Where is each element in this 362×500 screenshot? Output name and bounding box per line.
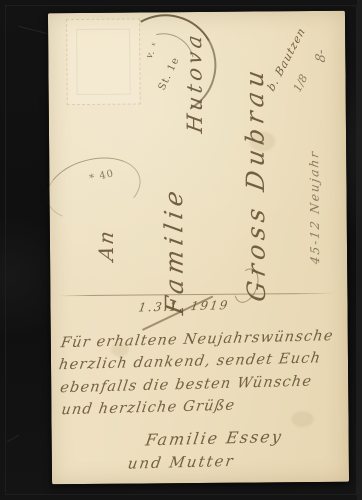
message-line: ebenfalls die besten Wünsche — [59, 374, 313, 397]
age-spot — [291, 411, 313, 427]
address-family-word: Familie — [159, 184, 189, 317]
pencil-price-note: 8- — [314, 48, 329, 63]
signature-line: und Mutter — [127, 452, 236, 473]
address-an: An — [94, 227, 118, 262]
photo-background: v. ˣ St. 1e * 40 Hutova An Familie Gross… — [0, 0, 362, 500]
postmark-circle-lower — [40, 148, 148, 230]
signature-line: Familie Essey — [144, 427, 284, 450]
date-line: 1.3.1. 1919 — [137, 298, 230, 314]
scratch-mark — [7, 435, 20, 443]
message-line: herzlich dankend, sendet Euch — [58, 350, 322, 373]
postcard-back: v. ˣ St. 1e * 40 Hutova An Familie Gross… — [48, 11, 349, 485]
pencil-fraction-note: 1/8 — [291, 72, 311, 94]
pencil-category-note: 45-12 Neujahr — [307, 149, 322, 265]
divider-rule — [58, 293, 334, 296]
frame-right-strip — [357, 0, 362, 500]
scratch-mark — [18, 26, 51, 35]
message-line: Für erhaltene Neujahrswünsche — [60, 328, 335, 351]
message-line: und herzliche Grüße — [60, 398, 236, 419]
address-town: Gross Dubrau — [240, 63, 271, 304]
address-family-name: Hutova — [182, 29, 207, 134]
